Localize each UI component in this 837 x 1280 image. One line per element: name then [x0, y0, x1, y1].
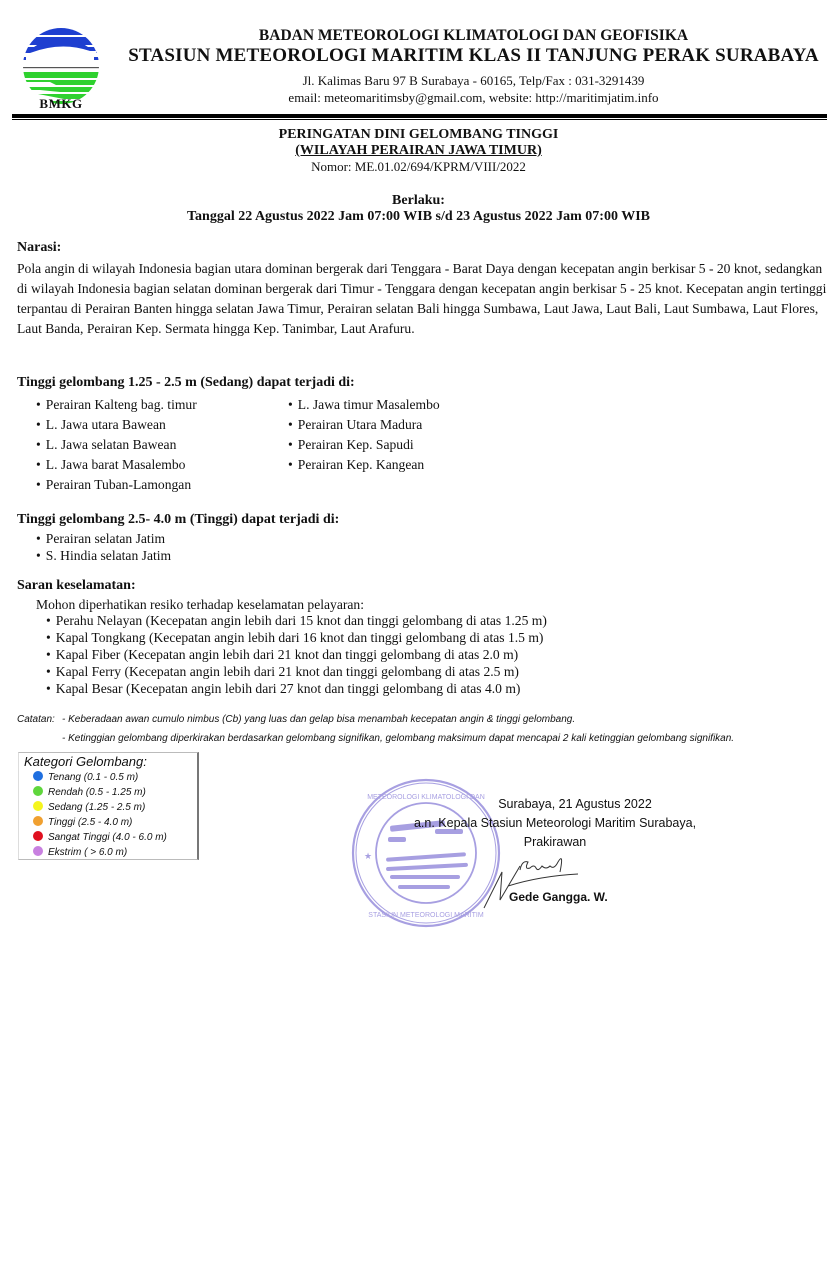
list-item: Kapal Ferry (Kecepatan angin lebih dari …	[46, 663, 547, 680]
moderate-wave-list-left: Perairan Kalteng bag. timur L. Jawa utar…	[36, 395, 197, 495]
list-item: Kapal Tongkang (Kecepatan angin lebih da…	[46, 629, 547, 646]
dot-icon	[33, 801, 43, 811]
signature-role: Prakirawan	[500, 835, 610, 849]
list-item: Kapal Besar (Kecepatan angin lebih dari …	[46, 680, 547, 697]
list-item: S. Hindia selatan Jatim	[36, 547, 171, 564]
signatory-name: Gede Gangga. W.	[509, 890, 608, 904]
high-wave-title: Tinggi gelombang 2.5- 4.0 m (Tinggi) dap…	[17, 512, 339, 528]
legend-label: Tenang (0.1 - 0.5 m)	[48, 772, 138, 783]
svg-text:★: ★	[364, 852, 372, 862]
safety-advice-list: Perahu Nelayan (Kecepatan angin lebih da…	[46, 612, 547, 697]
list-item: L. Jawa barat Masalembo	[36, 455, 197, 475]
notes-label: Catatan:	[17, 714, 55, 725]
legend-item: Sangat Tinggi (4.0 - 6.0 m)	[33, 830, 167, 845]
list-item: Kapal Fiber (Kecepatan angin lebih dari …	[46, 646, 547, 663]
station-address: Jl. Kalimas Baru 97 B Surabaya - 60165, …	[110, 73, 837, 89]
logo-text: BMKG	[20, 96, 102, 112]
legend-item: Ekstrim ( > 6.0 m)	[33, 845, 127, 860]
list-item: L. Jawa selatan Bawean	[36, 435, 197, 455]
validity-label: Berlaku:	[0, 193, 837, 209]
document-number: Nomor: ME.01.02/694/KPRM/VIII/2022	[0, 159, 837, 175]
moderate-wave-list-right: L. Jawa timur Masalembo Perairan Utara M…	[288, 395, 440, 475]
validity-range: Tanggal 22 Agustus 2022 Jam 07:00 WIB s/…	[0, 209, 837, 225]
legend-label: Ekstrim ( > 6.0 m)	[48, 847, 127, 858]
wave-category-legend: Kategori Gelombang: Tenang (0.1 - 0.5 m)…	[18, 752, 199, 860]
narrative-label: Narasi:	[17, 240, 61, 256]
safety-advice-title: Saran keselamatan:	[17, 578, 136, 594]
signature-on-behalf: a.n. Kepala Stasiun Meteorologi Maritim …	[405, 816, 705, 830]
legend-item: Rendah (0.5 - 1.25 m)	[33, 785, 146, 800]
legend-label: Sangat Tinggi (4.0 - 6.0 m)	[48, 832, 167, 843]
legend-label: Rendah (0.5 - 1.25 m)	[48, 787, 146, 798]
list-item: Perairan selatan Jatim	[36, 530, 171, 547]
legend-item: Tenang (0.1 - 0.5 m)	[33, 770, 138, 785]
svg-text:METEOROLOGI KLIMATOLOGI DAN: METEOROLOGI KLIMATOLOGI DAN	[367, 794, 485, 801]
station-contact: email: meteomaritimsby@gmail.com, websit…	[110, 90, 837, 106]
list-item: Perairan Kalteng bag. timur	[36, 395, 197, 415]
note-item: - Keberadaan awan cumulo nimbus (Cb) yan…	[62, 714, 575, 725]
dot-icon	[33, 816, 43, 826]
list-item: Perairan Tuban-Lamongan	[36, 475, 197, 495]
list-item: Perahu Nelayan (Kecepatan angin lebih da…	[46, 612, 547, 629]
svg-text:STASIUN METEOROLOGI MARITIM: STASIUN METEOROLOGI MARITIM	[368, 912, 484, 919]
list-item: Perairan Utara Madura	[288, 415, 440, 435]
legend-label: Tinggi (2.5 - 4.0 m)	[48, 817, 132, 828]
dot-icon	[33, 786, 43, 796]
list-item: L. Jawa timur Masalembo	[288, 395, 440, 415]
list-item: Perairan Kep. Sapudi	[288, 435, 440, 455]
legend-item: Tinggi (2.5 - 4.0 m)	[33, 815, 132, 830]
moderate-wave-title: Tinggi gelombang 1.25 - 2.5 m (Sedang) d…	[17, 375, 355, 391]
signature-place-date: Surabaya, 21 Agustus 2022	[480, 797, 670, 811]
safety-advice-intro: Mohon diperhatikan resiko terhadap kesel…	[36, 597, 364, 613]
dot-icon	[33, 771, 43, 781]
high-wave-list: Perairan selatan Jatim S. Hindia selatan…	[36, 530, 171, 564]
legend-title: Kategori Gelombang:	[24, 754, 147, 769]
list-item: Perairan Kep. Kangean	[288, 455, 440, 475]
header-divider-thin	[12, 119, 827, 120]
list-item: L. Jawa utara Bawean	[36, 415, 197, 435]
legend-label: Sedang (1.25 - 2.5 m)	[48, 802, 145, 813]
header-divider	[12, 114, 827, 118]
legend-item: Sedang (1.25 - 2.5 m)	[33, 800, 145, 815]
document-subtitle: (WILAYAH PERAIRAN JAWA TIMUR)	[0, 143, 837, 159]
agency-name: BADAN METEOROLOGI KLIMATOLOGI DAN GEOFIS…	[110, 27, 837, 45]
document-title: PERINGATAN DINI GELOMBANG TINGGI	[0, 127, 837, 143]
station-name: STASIUN METEOROLOGI MARITIM KLAS II TANJ…	[110, 45, 837, 67]
dot-icon	[33, 831, 43, 841]
dot-icon	[33, 846, 43, 856]
note-item: - Ketinggian gelombang diperkirakan berd…	[62, 733, 734, 744]
narrative-text: Pola angin di wilayah Indonesia bagian u…	[17, 259, 832, 339]
